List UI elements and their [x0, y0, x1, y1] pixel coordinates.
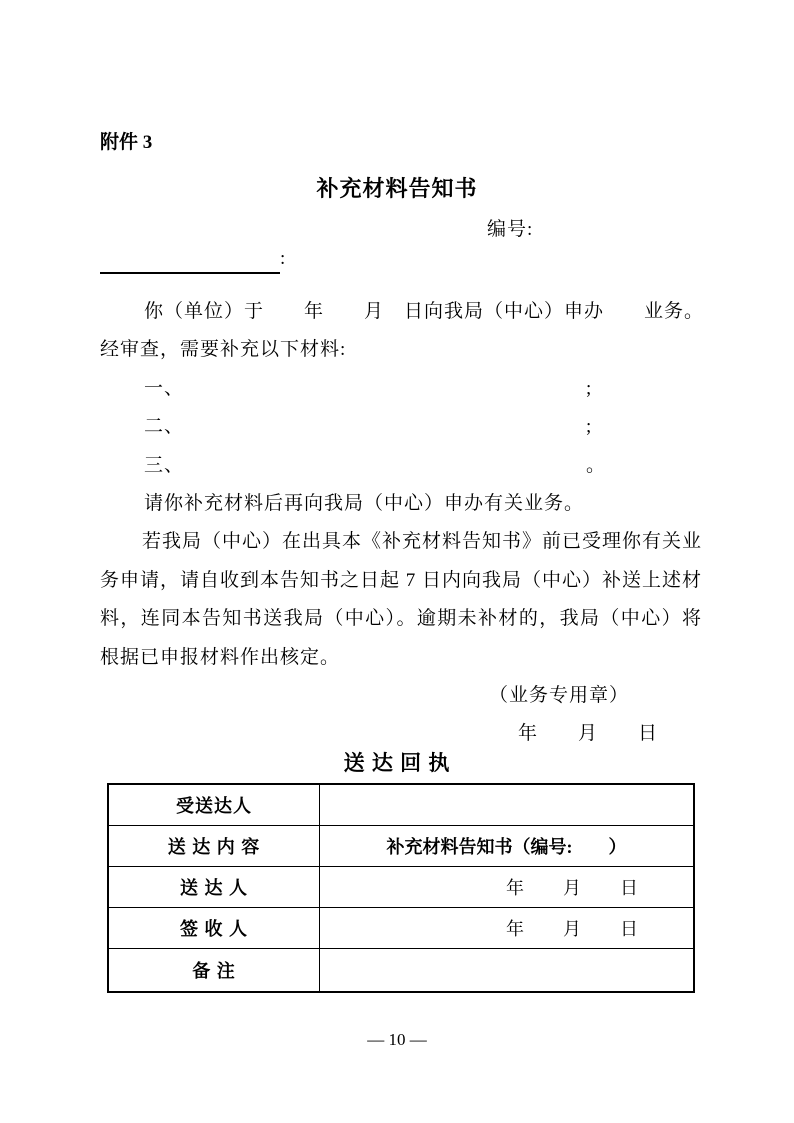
delivery-receipt-table: 受送达人 送 达 内 容 补充材料告知书（编号: ） 送 达 人 年 月 日 签…: [107, 783, 695, 993]
seal-note: （业务专用章）: [489, 677, 629, 715]
table-row: 送 达 人 年 月 日: [108, 866, 694, 907]
row-label-recipient: 受送达人: [108, 784, 320, 825]
item-3-punctuation: 。: [586, 447, 606, 485]
material-item-3: 三、 。: [100, 447, 700, 485]
number-label: 编号:: [487, 214, 533, 241]
document-title: 补充材料告知书: [0, 172, 794, 203]
body-line-1: 你（单位）于 年 月 日向我局（中心）申办 业务。: [100, 293, 704, 331]
material-item-1: 一、 ;: [100, 370, 700, 408]
table-row: 受送达人: [108, 784, 694, 825]
body-line-2: 经审查，需要补充以下材料:: [100, 331, 704, 369]
item-3-number: 三、: [100, 455, 184, 476]
item-1-punctuation: ;: [586, 370, 592, 408]
page-number: — 10 —: [0, 1030, 794, 1050]
table-row: 签 收 人 年 月 日: [108, 907, 694, 948]
row-label-remarks: 备 注: [108, 948, 320, 992]
row-label-deliverer: 送 达 人: [108, 866, 320, 907]
row-value-recipient: [320, 784, 695, 825]
attachment-label: 附件 3: [100, 127, 152, 154]
item-2-punctuation: ;: [586, 408, 592, 446]
document-page: 附件 3 补充材料告知书 编号: : 你（单位）于 年 月 日向我局（中心）申办…: [0, 0, 794, 1123]
material-item-2: 二、 ;: [100, 408, 700, 446]
item-2-number: 二、: [100, 416, 184, 437]
body-paragraph: 若我局（中心）在出具本《补充材料告知书》前已受理你有关业务申请，请自收到本告知书…: [100, 523, 702, 677]
addressee-blank-field: [100, 246, 280, 274]
row-value-signer-date: 年 月 日: [320, 907, 695, 948]
table-row: 备 注: [108, 948, 694, 992]
addressee-line: :: [100, 244, 285, 274]
item-1-number: 一、: [100, 378, 184, 399]
row-label-signer: 签 收 人: [108, 907, 320, 948]
row-value-delivery-content: 补充材料告知书（编号: ）: [320, 825, 695, 866]
addressee-colon: :: [280, 248, 285, 269]
body-line-3: 请你补充材料后再向我局（中心）申办有关业务。: [100, 485, 704, 523]
row-value-deliverer-date: 年 月 日: [320, 866, 695, 907]
receipt-title: 送 达 回 执: [0, 747, 794, 777]
row-label-delivery-content: 送 达 内 容: [108, 825, 320, 866]
row-value-remarks: [320, 948, 695, 992]
table-row: 送 达 内 容 补充材料告知书（编号: ）: [108, 825, 694, 866]
